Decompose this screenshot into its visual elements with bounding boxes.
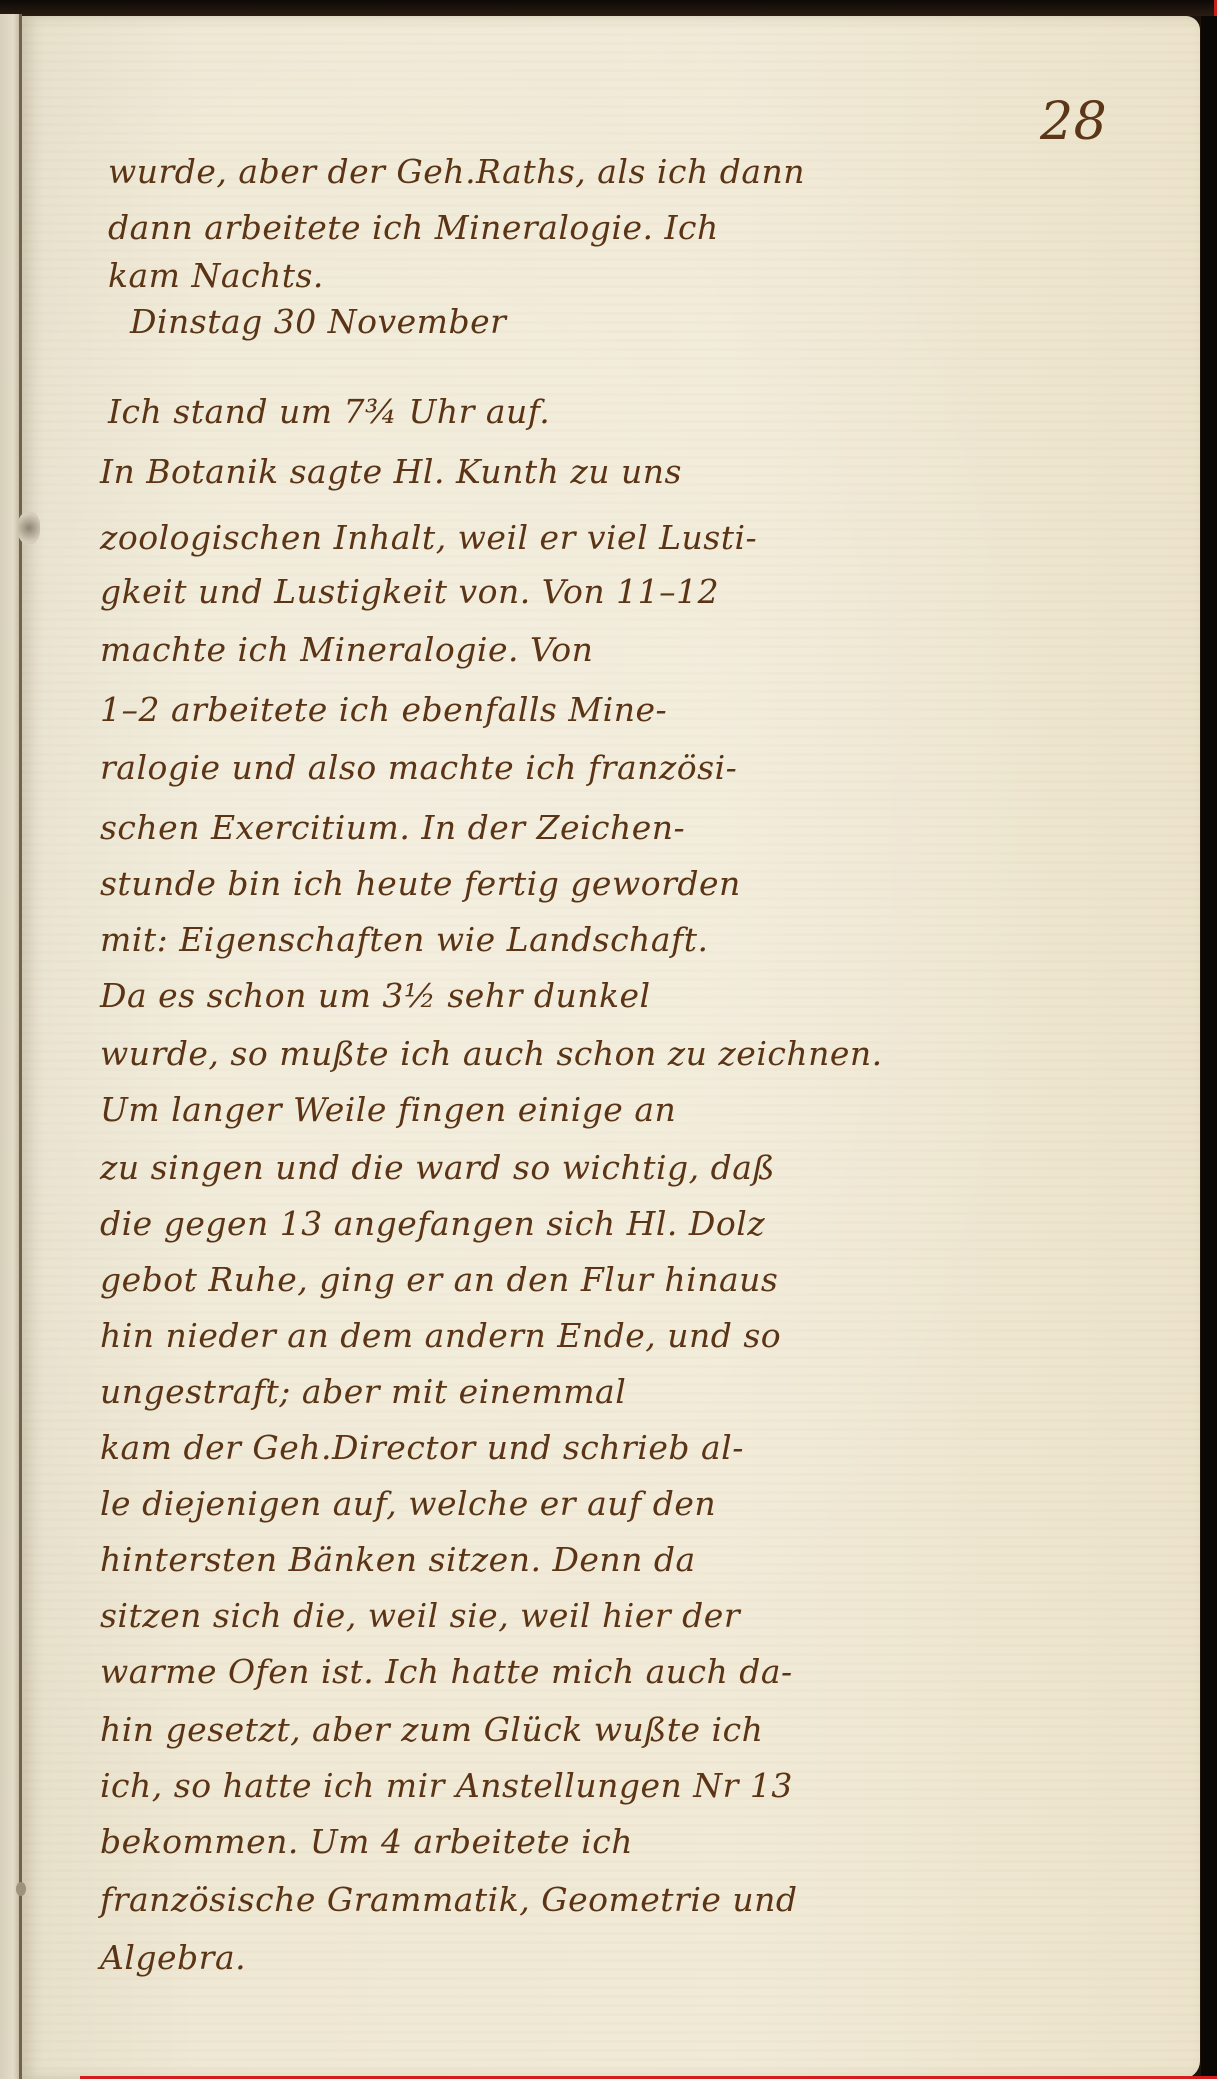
book-right-edge [1201,16,1217,2079]
manuscript-line: warme Ofen ist. Ich hatte mich auch da- [100,1652,793,1691]
date-heading: Dinstag 30 November [130,302,506,341]
manuscript-line: le diejenigen auf, welche er auf den [100,1484,716,1523]
manuscript-line: Um langer Weile fingen einige an [100,1090,676,1129]
manuscript-line: hin gesetzt, aber zum Glück wußte ich [100,1710,763,1749]
manuscript-line: sitzen sich die, weil sie, weil hier der [100,1596,740,1635]
manuscript-line: In Botanik sagte Hl. Kunth zu uns [100,452,682,491]
manuscript-line: hin nieder an dem andern Ende, und so [100,1316,781,1355]
manuscript-line: gebot Ruhe, ging er an den Flur hinaus [100,1260,778,1299]
manuscript-scan: 28 wurde, aber der Geh.Raths, als ich da… [0,0,1217,2079]
manuscript-line: 1–2 arbeitete ich ebenfalls Mine- [100,690,667,729]
book-top-edge [0,0,1217,16]
manuscript-line: Algebra. [100,1938,246,1977]
manuscript-line: zoologischen Inhalt, weil er viel Lusti- [100,518,757,557]
manuscript-line: hintersten Bänken sitzen. Denn da [100,1540,696,1579]
manuscript-line: schen Exercitium. In der Zeichen- [100,808,685,847]
manuscript-line: zu singen und die ward so wichtig, daß [100,1148,775,1187]
manuscript-line: Da es schon um 3½ sehr dunkel [100,976,651,1015]
binding-tear [18,512,40,544]
manuscript-line: kam Nachts. [108,256,324,295]
manuscript-line: ungestraft; aber mit einemmal [100,1372,626,1411]
manuscript-line: dann arbeitete ich Mineralogie. Ich [108,208,719,247]
manuscript-line: Ich stand um 7¾ Uhr auf. [108,392,550,431]
manuscript-line: mit: Eigenschaften wie Landschaft. [100,920,708,959]
page-number: 28 [1040,92,1107,152]
binding-mark [16,1882,26,1896]
manuscript-line: wurde, so mußte ich auch schon zu zeichn… [100,1034,883,1073]
manuscript-line: kam der Geh.Director und schrieb al- [100,1428,744,1467]
manuscript-line: ralogie und also machte ich französi- [100,748,737,787]
manuscript-line: machte ich Mineralogie. Von [100,630,593,669]
manuscript-line: wurde, aber der Geh.Raths, als ich dann [108,152,805,191]
manuscript-line: französische Grammatik, Geometrie und [100,1880,798,1919]
manuscript-line: die gegen 13 angefangen sich Hl. Dolz [100,1204,765,1243]
manuscript-line: bekommen. Um 4 arbeitete ich [100,1822,633,1861]
manuscript-line: ich, so hatte ich mir Anstellungen Nr 13 [100,1766,793,1805]
manuscript-line: stunde bin ich heute fertig geworden [100,864,741,903]
gutter-line [19,14,22,2079]
manuscript-line: gkeit und Lustigkeit von. Von 11–12 [100,572,719,611]
